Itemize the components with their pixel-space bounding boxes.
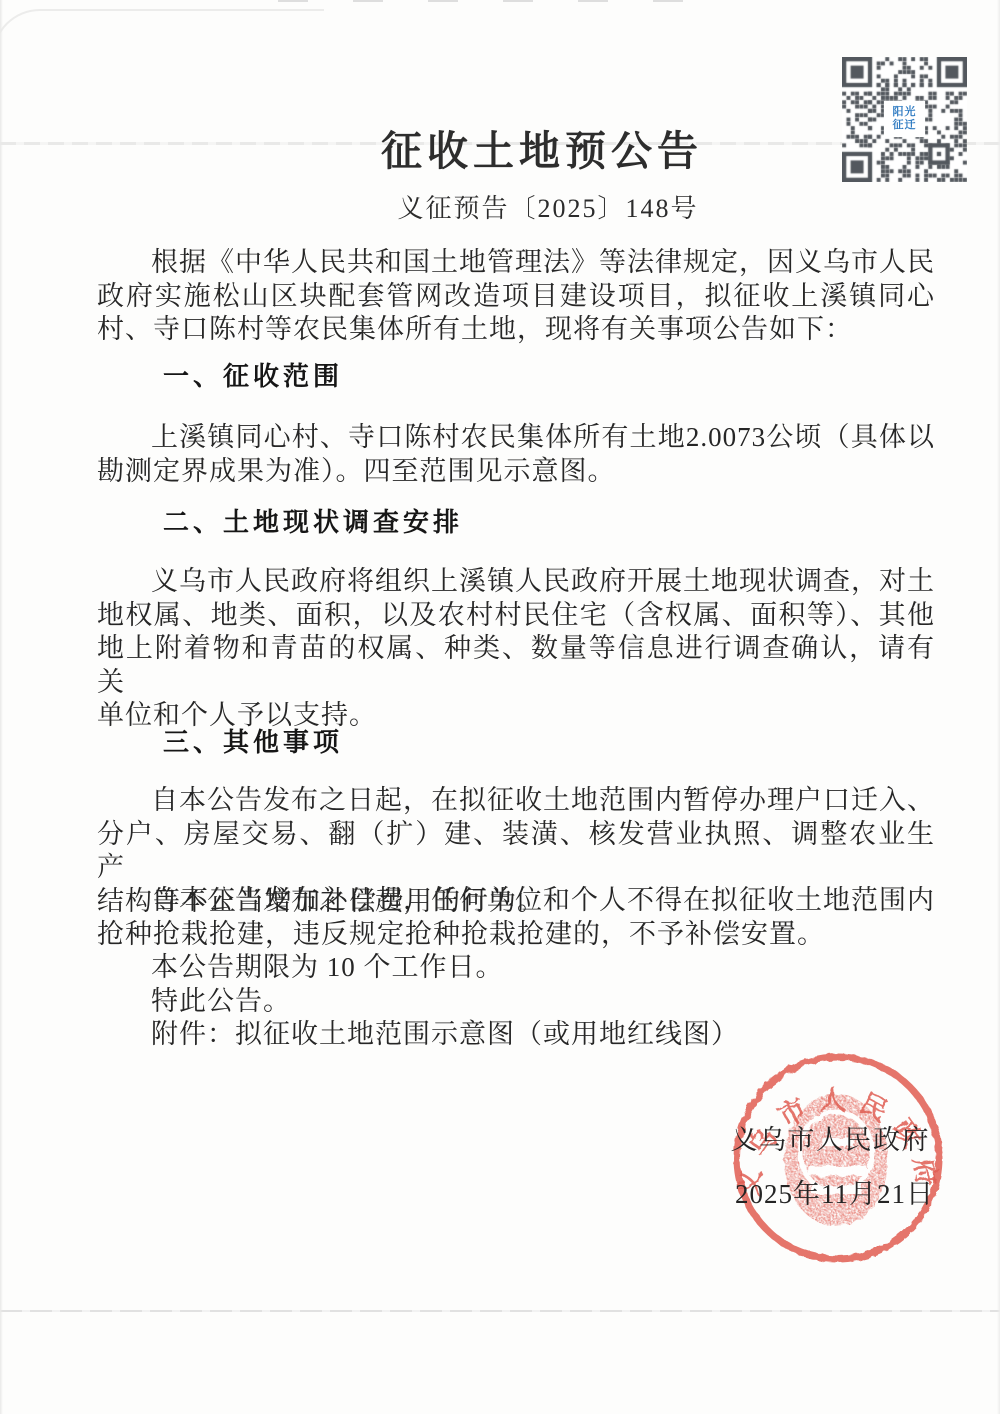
text-line: 自本公告发布之日起，在拟征收土地范围内暂停办理户口迁入、 <box>97 784 935 818</box>
text-line: 根据《中华人民共和国土地管理法》等法律规定，因义乌市人民 <box>97 246 935 280</box>
text-line: 义乌市人民政府将组织上溪镇人民政府开展土地现状调查，对土 <box>97 565 935 599</box>
qr-label-line1: 阳光 <box>893 106 917 119</box>
intro-paragraph: 根据《中华人民共和国土地管理法》等法律规定，因义乌市人民 政府实施松山区块配套管… <box>97 246 935 347</box>
text-line: 特此公告。 <box>97 985 935 1019</box>
issuer-signature: 义乌市人民政府 <box>731 1118 931 1157</box>
doc-number: 义征预告〔2025〕148号 <box>96 188 1000 225</box>
qr-code: 阳光 征迁 <box>842 57 967 182</box>
scan-edge-speck <box>278 0 718 2</box>
section3-paragraph2: 自本公告发布之日起，任何单位和个人不得在拟征收土地范围内 抢种抢栽抢建，违反规定… <box>97 884 935 951</box>
text-line: 抢种抢栽抢建，违反规定抢种抢栽抢建的，不予补偿安置。 <box>97 918 935 952</box>
text-line: 本公告期限为 10 个工作日。 <box>97 951 935 985</box>
issue-date: 2025年11月21日 <box>735 1172 934 1211</box>
qr-label-line2: 征迁 <box>893 119 917 132</box>
text-line: 地权属、地类、面积，以及农村村民住宅（含权属、面积等）、其他 <box>97 599 935 633</box>
section1-paragraph: 上溪镇同心村、寺口陈村农民集体所有土地2.0073公顷（具体以 勘测定界成果为准… <box>97 421 935 488</box>
text-line: 上溪镇同心村、寺口陈村农民集体所有土地2.0073公顷（具体以 <box>97 421 935 455</box>
text-line: 地上附着物和青苗的权属、种类、数量等信息进行调查确认，请有关 <box>97 632 935 699</box>
scan-line-artifact <box>0 1310 1000 1312</box>
section2-paragraph: 义乌市人民政府将组织上溪镇人民政府开展土地现状调查，对土 地权属、地类、面积，以… <box>97 565 935 733</box>
text-line: 勘测定界成果为准）。四至范围见示意图。 <box>97 455 935 489</box>
section3-heading: 三、其他事项 <box>163 726 343 760</box>
section1-heading: 一、征收范围 <box>163 360 343 394</box>
text-line: 自本公告发布之日起，任何单位和个人不得在拟征收土地范围内 <box>97 884 935 918</box>
text-line: 政府实施松山区块配套管网改造项目建设项目，拟征收上溪镇同心 <box>97 280 935 314</box>
scan-corner-artifact <box>0 9 324 91</box>
text-line: 分户、房屋交易、翻（扩）建、装潢、核发营业执照、调整农业生产 <box>97 818 935 885</box>
text-line: 村、寺口陈村等农民集体所有土地，现将有关事项公告如下： <box>97 313 935 347</box>
scan-left-edge <box>0 0 3 1414</box>
scanned-document-page: 阳光 征迁 征收土地预公告 义征预告〔2025〕148号 根据《中华人民共和国土… <box>0 0 1000 1414</box>
qr-center-label: 阳光 征迁 <box>884 101 925 137</box>
section2-heading: 二、土地现状调查安排 <box>163 506 463 540</box>
official-seal: 义乌市人民政府 <box>726 1046 950 1270</box>
closing-lines: 本公告期限为 10 个工作日。 特此公告。 附件：拟征收土地范围示意图（或用地红… <box>97 951 935 1052</box>
